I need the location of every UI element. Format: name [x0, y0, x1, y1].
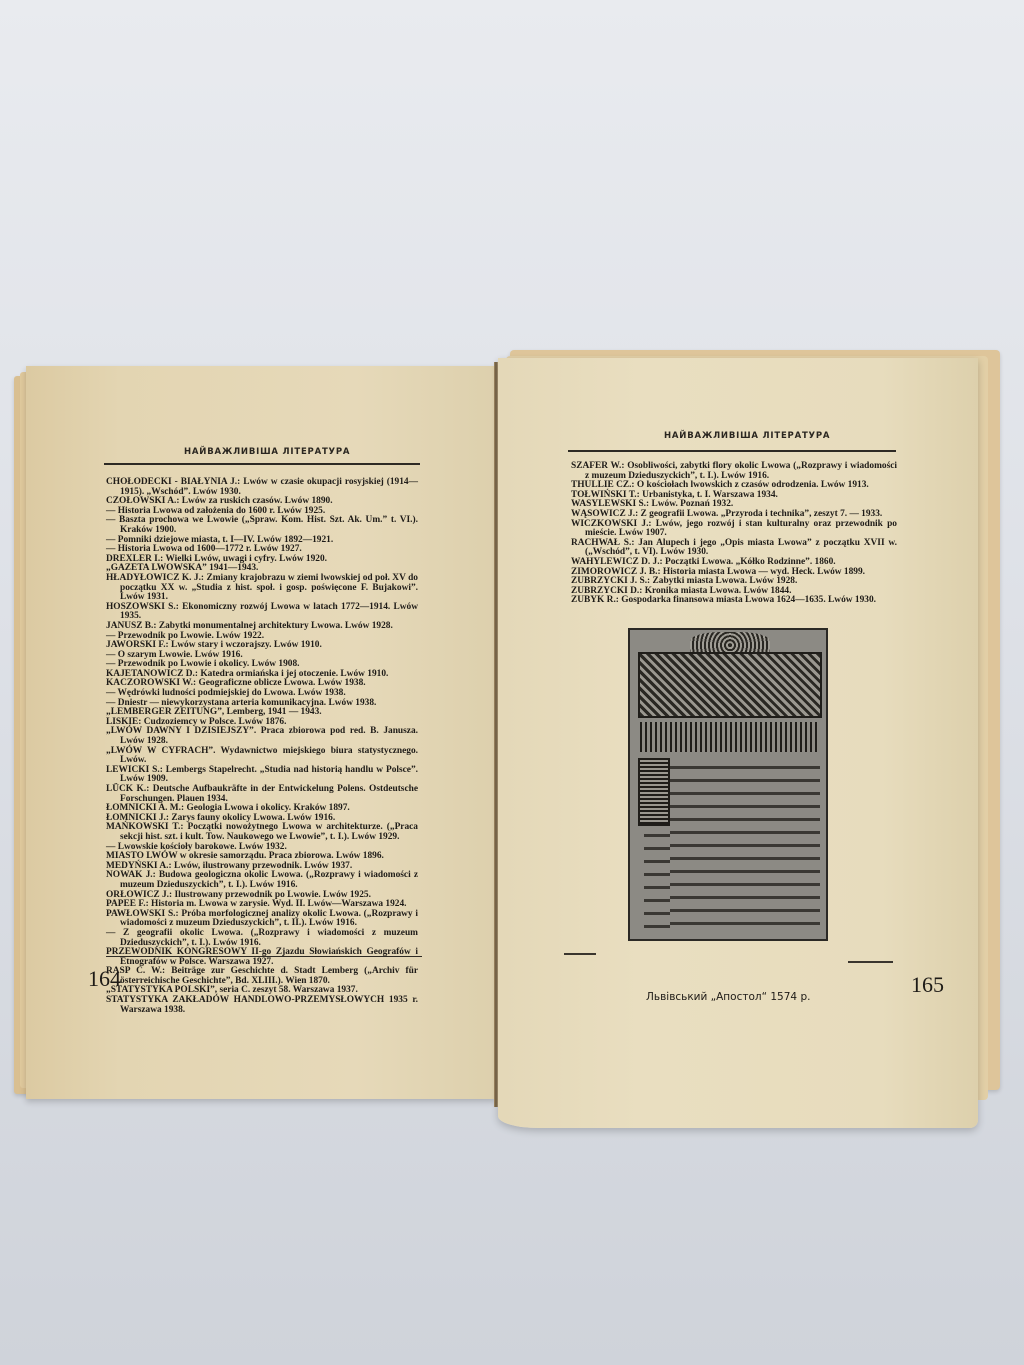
bibliography-entry: NOWAK J.: Budowa geologiczna okolic Lwow…: [106, 871, 418, 890]
left-bibliography: CHOŁODECKI - BIAŁYNIA J.: Lwów w czasie …: [106, 478, 418, 1015]
bibliography-entry: „LWÓW DAWNY I DZISIEJSZY”. Praca zbiorow…: [106, 727, 418, 746]
bibliography-entry: ZUBYK R.: Gospodarka finansowa miasta Lw…: [571, 596, 897, 606]
figure-text-lines: [670, 760, 820, 930]
bibliography-entry: CHOŁODECKI - BIAŁYNIA J.: Lwów w czasie …: [106, 478, 418, 497]
figure-right-dash: [848, 961, 893, 963]
bibliography-entry: HŁADYŁOWICZ K. J.: Zmiany krajobrazu w z…: [106, 574, 418, 603]
figure-left-dash: [564, 953, 596, 955]
figure-caption: Львівський „Апостол“ 1574 р.: [646, 991, 810, 1003]
left-foot-rule: [106, 956, 422, 957]
bibliography-entry: SZAFER W.: Osobliwości, zabytki flory ok…: [571, 462, 897, 481]
bibliography-entry: WICZKOWSKI J.: Lwów, jego rozwój i stan …: [571, 520, 897, 539]
right-bibliography: SZAFER W.: Osobliwości, zabytki flory ok…: [571, 462, 897, 606]
right-head-rule: [568, 450, 896, 452]
figure-text-lines-lower: [644, 828, 670, 928]
figure-crest: [690, 632, 770, 654]
left-page-number: 164: [88, 966, 121, 992]
bibliography-entry: — Baszta prochowa we Lwowie („Spraw. Kom…: [106, 516, 418, 535]
figure-initial-letter: [638, 758, 670, 826]
bibliography-entry: HOSZOWSKI S.: Ekonomiczny rozwój Lwowa w…: [106, 603, 418, 622]
figure-ornament: [638, 652, 822, 718]
bibliography-entry: PRZEWODNIK KONGRESOWY II-go Zjazdu Słowi…: [106, 948, 418, 967]
left-running-head: НАЙВАЖЛИВІША ЛІТЕРАТУРА: [184, 447, 350, 457]
bibliography-entry: „LWÓW W CYFRACH”. Wydawnictwo miejskiego…: [106, 747, 418, 766]
bibliography-entry: MAŃKOWSKI T.: Początki nowożytnego Lwowa…: [106, 823, 418, 842]
bibliography-entry: RACHWAŁ S.: Jan Alupech i jego „Opis mia…: [571, 539, 897, 558]
right-page-number: 165: [911, 972, 944, 998]
bibliography-entry: LEWICKI S.: Lembergs Stapelrecht. „Studi…: [106, 766, 418, 785]
bibliography-entry: LÜCK K.: Deutsche Aufbaukräfte in der En…: [106, 785, 418, 804]
apostol-illustration: [628, 628, 828, 941]
right-running-head: НАЙВАЖЛИВІША ЛІТЕРАТУРА: [664, 431, 830, 441]
bibliography-entry: STATYSTYKA ZAKŁADÓW HANDLOWO-PRZEMYSŁOWY…: [106, 996, 418, 1015]
left-head-rule: [104, 463, 420, 465]
bibliography-entry: — Z geografii okolic Lwowa. („Rozprawy i…: [106, 929, 418, 948]
bibliography-entry: PAWŁOWSKI S.: Próba morfologicznej anali…: [106, 910, 418, 929]
figure-title-ligature: [640, 722, 818, 752]
bibliography-entry: RASP C. W.: Beiträge zur Geschichte d. S…: [106, 967, 418, 986]
